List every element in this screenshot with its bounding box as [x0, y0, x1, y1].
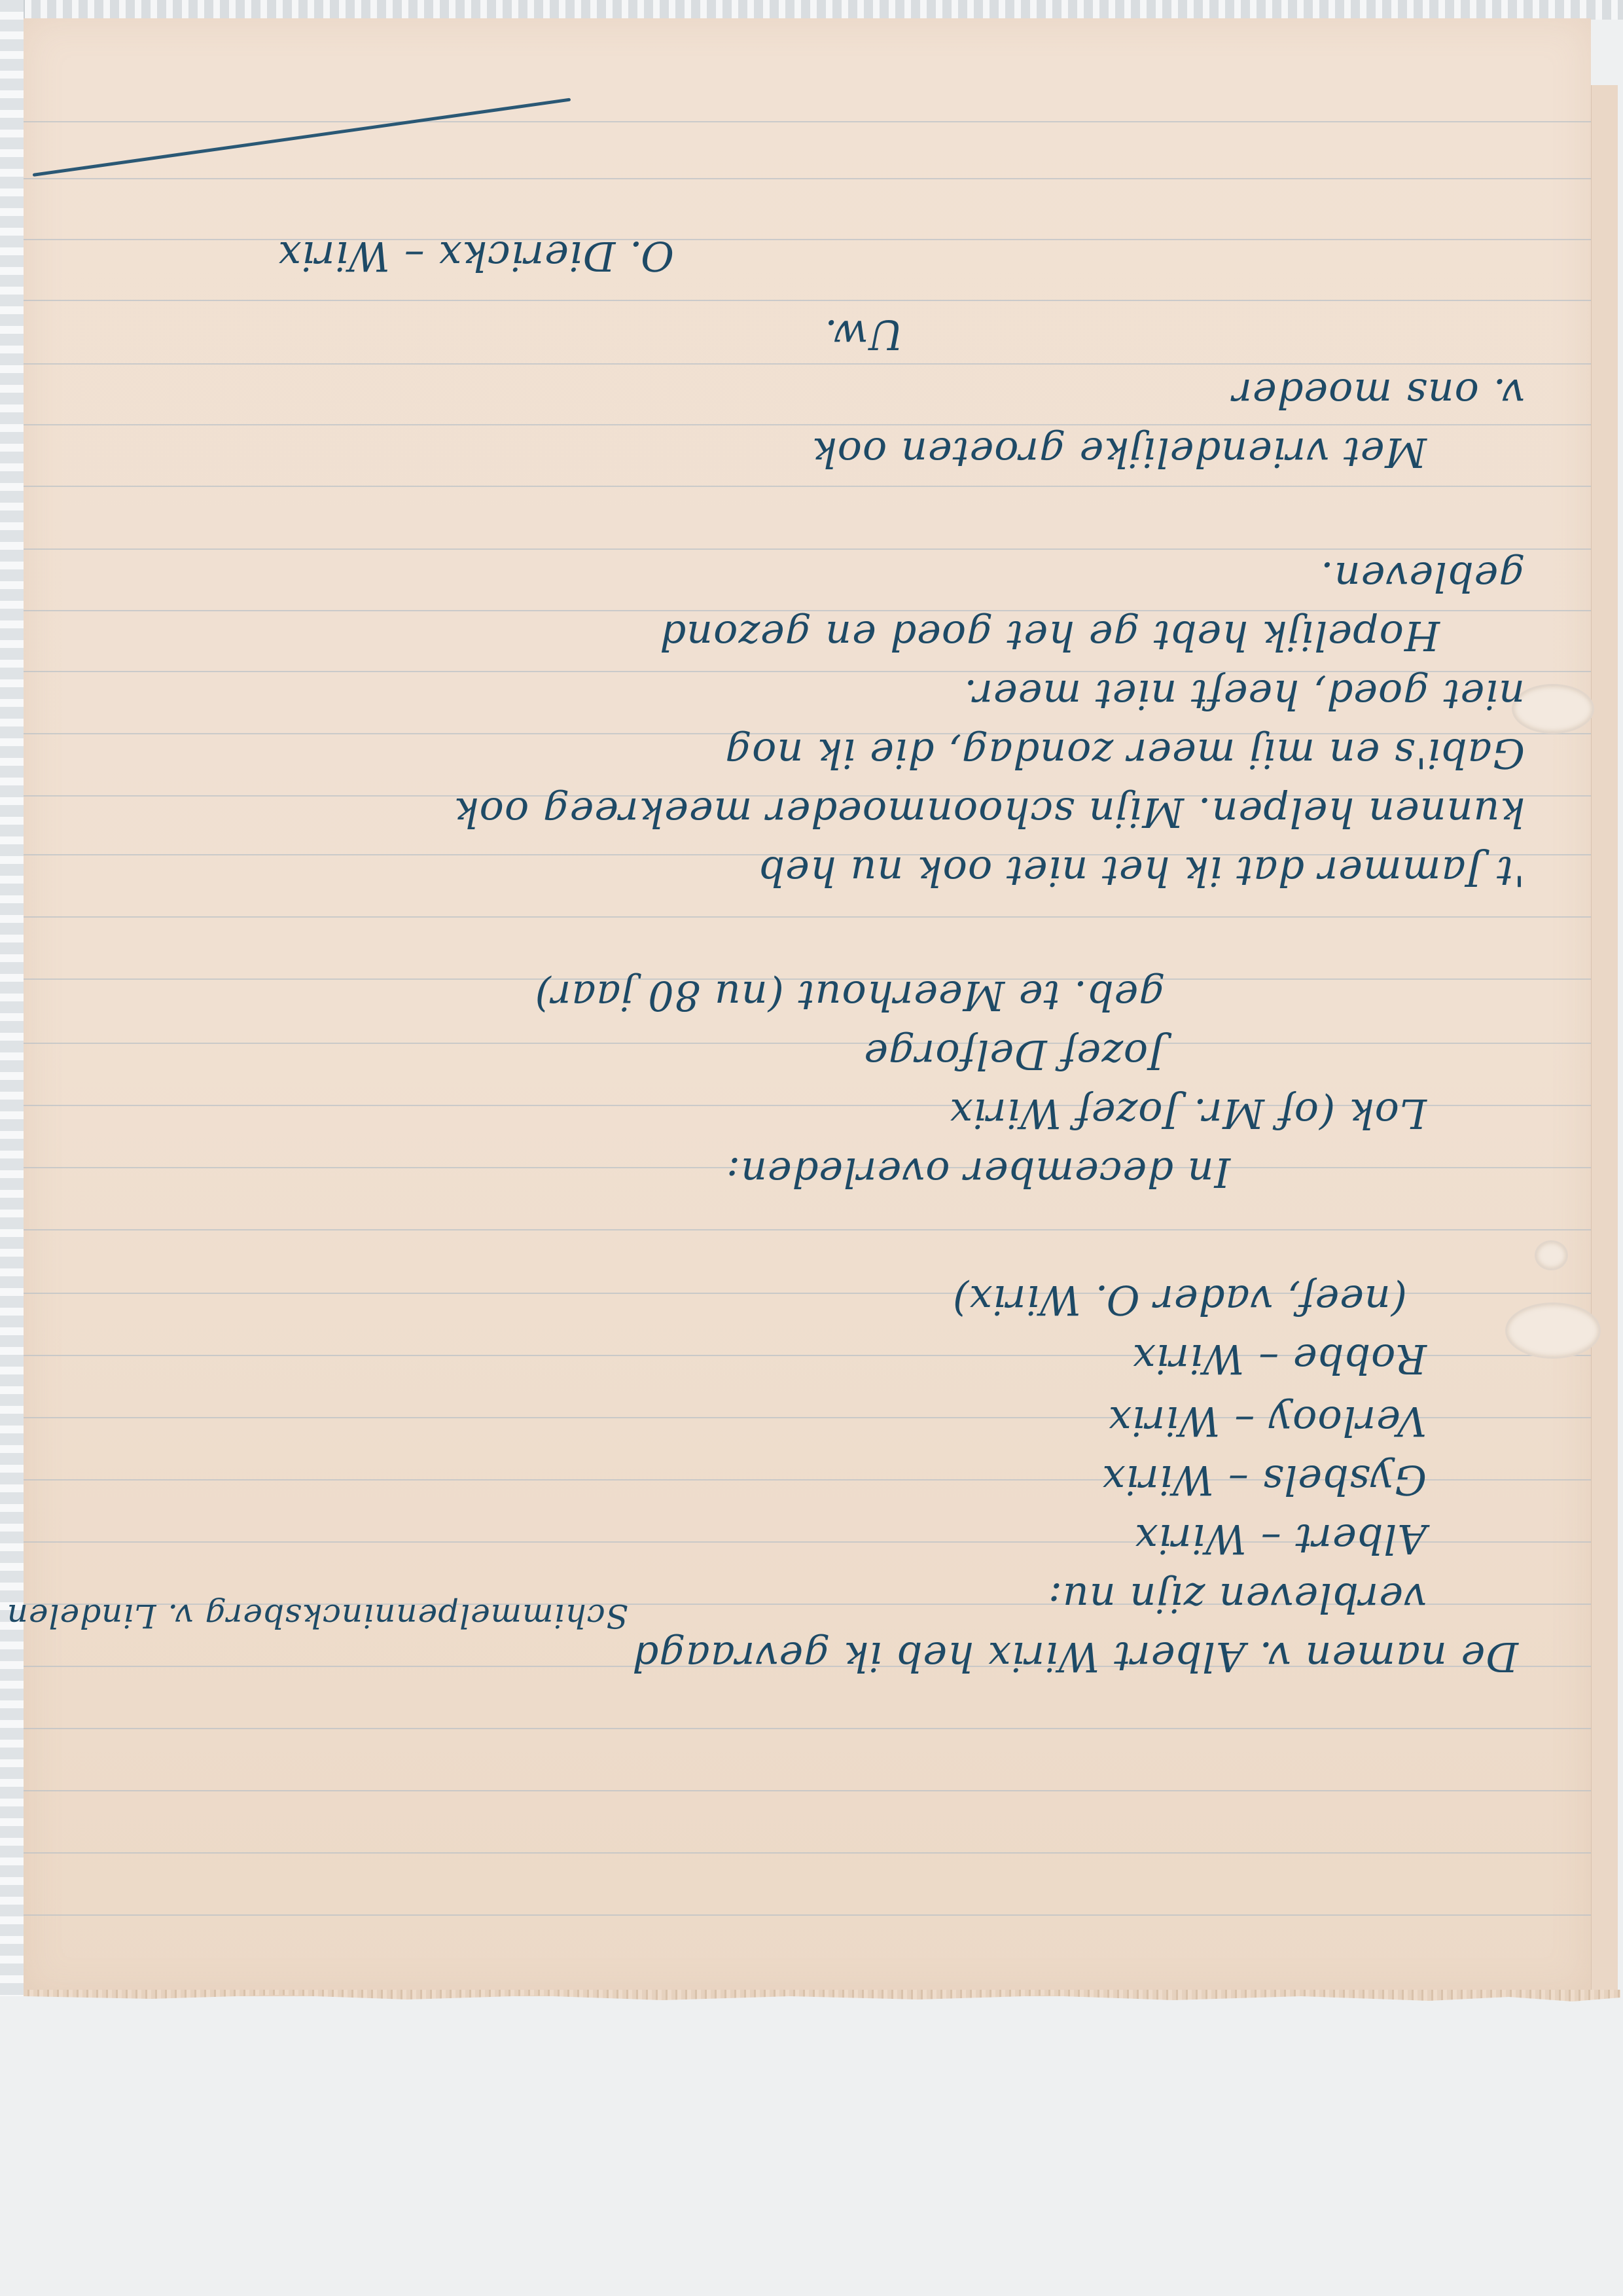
ruled-line: [24, 548, 1591, 550]
torn-binding-hole: [1512, 684, 1594, 734]
ruled-line: [24, 1167, 1591, 1168]
ruled-line: [24, 121, 1591, 122]
ruled-line: [24, 1417, 1591, 1418]
ruled-line: [24, 1914, 1591, 1916]
ruled-line: [24, 363, 1591, 365]
ruled-line: [24, 1666, 1591, 1667]
ruled-line: [24, 671, 1591, 672]
ruled-line: [24, 1852, 1591, 1854]
ruled-line: [24, 1604, 1591, 1605]
ruled-line: [24, 1293, 1591, 1294]
ruled-line: [24, 1355, 1591, 1356]
ruled-line: [24, 239, 1591, 240]
ruled-line: [24, 1043, 1591, 1044]
letter-page: [24, 18, 1591, 1996]
ruled-line: [24, 178, 1591, 179]
ruled-line: [24, 486, 1591, 487]
ruled-line: [24, 424, 1591, 425]
page-edge-strip: [1591, 85, 1618, 1996]
ruled-line: [24, 1728, 1591, 1729]
ruled-line: [24, 1105, 1591, 1106]
torn-binding-hole: [1535, 1240, 1568, 1270]
ruled-line: [24, 916, 1591, 918]
torn-bottom-edge: [24, 1990, 1620, 2003]
ruled-line: [24, 733, 1591, 734]
ruled-line: [24, 610, 1591, 611]
ruled-line: [24, 1541, 1591, 1543]
ruled-line: [24, 978, 1591, 980]
ruled-line: [24, 1229, 1591, 1230]
sleeve-left-edge: [0, 0, 25, 1996]
ruled-line: [24, 1790, 1591, 1791]
sleeve-top-edge: [0, 0, 1623, 20]
ruled-line: [24, 1479, 1591, 1480]
ruled-line: [24, 795, 1591, 797]
ruled-line: [24, 300, 1591, 301]
ruled-line: [24, 854, 1591, 855]
torn-binding-hole: [1505, 1302, 1601, 1359]
